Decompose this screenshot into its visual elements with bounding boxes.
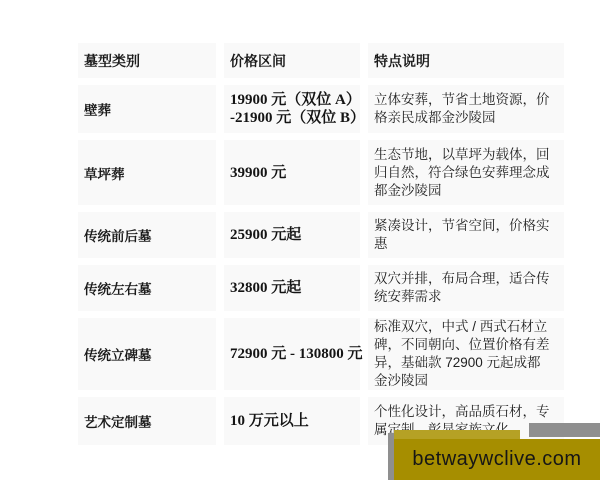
watermark: betwaywclive.com	[394, 439, 600, 480]
tomb-price-table: 墓型类别价格区间特点说明壁葬19900 元（双位 A）-21900 元（双位 B…	[78, 43, 564, 445]
column-header-0: 墓型类别	[78, 43, 216, 78]
price-cell: 32800 元起	[224, 265, 360, 311]
column-header-1: 价格区间	[224, 43, 360, 78]
text-line: 碑，不同朝向、位置价格有差	[374, 336, 560, 354]
tomb-type-cell: 草坪葬	[78, 140, 216, 205]
price-cell: 10 万元以上	[224, 397, 360, 445]
text-line: 标准双穴，中式 / 西式石材立	[374, 318, 560, 336]
text-line: 异，基础款 72900 元起成都	[374, 354, 560, 372]
text-line: 都金沙陵园	[374, 182, 560, 200]
feature-cell: 双穴并排，布局合理，适合传统安葬需求	[368, 265, 564, 311]
tomb-type-cell: 艺术定制墓	[78, 397, 216, 445]
watermark-gray-strip-top	[529, 423, 600, 437]
text-line: 归自然，符合绿色安葬理念成	[374, 164, 560, 182]
text-line: 惠	[374, 235, 560, 253]
text-line: 25900 元起	[230, 226, 356, 244]
text-line: 32800 元起	[230, 279, 356, 297]
text-line: 19900 元（双位 A）	[230, 91, 356, 109]
feature-cell: 标准双穴，中式 / 西式石材立碑，不同朝向、位置价格有差异，基础款 72900 …	[368, 318, 564, 390]
tomb-type-cell: 传统前后墓	[78, 212, 216, 258]
column-header-2: 特点说明	[368, 43, 564, 78]
price-cell: 19900 元（双位 A）-21900 元（双位 B）	[224, 85, 360, 133]
text-line: 10 万元以上	[230, 412, 356, 430]
text-line: -21900 元（双位 B）	[230, 109, 356, 127]
feature-cell: 紧凑设计，节省空间，价格实惠	[368, 212, 564, 258]
tomb-type-cell: 壁葬	[78, 85, 216, 133]
text-line: 双穴并排，布局合理，适合传	[374, 270, 560, 288]
text-line: 紧凑设计，节省空间，价格实	[374, 217, 560, 235]
watermark-text: betwaywclive.com	[412, 448, 581, 471]
text-line: 生态节地，以草坪为载体，回	[374, 146, 560, 164]
text-line: 72900 元 - 130800 元	[230, 345, 356, 363]
feature-cell: 生态节地，以草坪为载体，回归自然，符合绿色安葬理念成都金沙陵园	[368, 140, 564, 205]
text-line: 立体安葬，节省土地资源，价	[374, 91, 560, 109]
text-line: 39900 元	[230, 164, 356, 182]
text-line: 统安葬需求	[374, 288, 560, 306]
text-line: 个性化设计，高品质石材，专	[374, 403, 560, 421]
text-line: 格亲民成都金沙陵园	[374, 109, 560, 127]
tomb-type-cell: 传统左右墓	[78, 265, 216, 311]
price-cell: 39900 元	[224, 140, 360, 205]
price-cell: 25900 元起	[224, 212, 360, 258]
price-cell: 72900 元 - 130800 元	[224, 318, 360, 390]
tomb-type-cell: 传统立碑墓	[78, 318, 216, 390]
text-line: 金沙陵园	[374, 372, 560, 390]
feature-cell: 立体安葬，节省土地资源，价格亲民成都金沙陵园	[368, 85, 564, 133]
